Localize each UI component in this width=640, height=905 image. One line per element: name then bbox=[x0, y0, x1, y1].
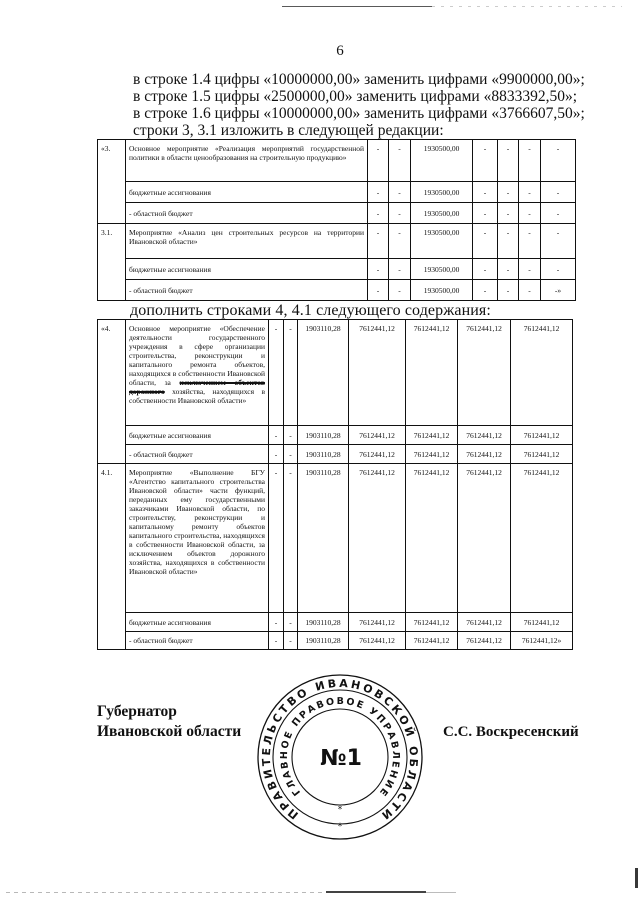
signatory-title: Губернатор Ивановской области bbox=[97, 702, 241, 742]
value-cell: - bbox=[473, 224, 498, 259]
description-cell: - областной бюджет bbox=[126, 280, 368, 301]
value-cell: - bbox=[519, 259, 541, 280]
scan-artifact-mark bbox=[635, 868, 638, 888]
value-cell: - bbox=[368, 140, 389, 182]
value-cell: - bbox=[389, 140, 411, 182]
table-row: «3.Основное мероприятие «Реализация меро… bbox=[98, 140, 576, 182]
row-number-cell: 4.1. bbox=[98, 464, 126, 650]
value-cell: 1930500,00 bbox=[411, 203, 473, 224]
value-cell: 7612441,12 bbox=[511, 445, 573, 464]
value-cell: 7612441,12 bbox=[458, 426, 511, 445]
description-cell: Мероприятие «Выполнение БГУ «Агентство к… bbox=[126, 464, 269, 613]
value-cell: - bbox=[368, 280, 389, 301]
value-cell: - bbox=[269, 320, 284, 426]
stamp-center-number: №1 bbox=[320, 746, 362, 771]
amendment-instructions: в строке 1.4 цифры «10000000,00» заменит… bbox=[133, 71, 585, 139]
value-cell: - bbox=[473, 203, 498, 224]
value-cell: - bbox=[519, 140, 541, 182]
value-cell: 1930500,00 bbox=[411, 280, 473, 301]
value-cell: 7612441,12 bbox=[511, 464, 573, 613]
value-cell: 7612441,12 bbox=[458, 632, 511, 650]
value-cell: - bbox=[473, 280, 498, 301]
value-cell: - bbox=[498, 140, 519, 182]
value-cell: 7612441,12 bbox=[406, 426, 458, 445]
table-row: бюджетные ассигнования--1930500,00---- bbox=[98, 182, 576, 203]
table-row: «4.Основное мероприятие «Обеспечение дея… bbox=[98, 320, 573, 426]
table-row: 4.1.Мероприятие «Выполнение БГУ «Агентст… bbox=[98, 464, 573, 613]
budget-table-rows-4: «4.Основное мероприятие «Обеспечение дея… bbox=[97, 319, 573, 650]
value-cell: 7612441,12 bbox=[511, 613, 573, 632]
value-cell: - bbox=[284, 320, 298, 426]
value-cell: 7612441,12 bbox=[349, 613, 406, 632]
value-cell: - bbox=[541, 203, 576, 224]
value-cell: 7612441,12 bbox=[349, 445, 406, 464]
value-cell: 7612441,12 bbox=[458, 320, 511, 426]
scan-artifact-line bbox=[6, 892, 326, 893]
value-cell: 1903110,28 bbox=[298, 632, 349, 650]
official-stamp: ПРАВИТЕЛЬСТВО ИВАНОВСКОЙ ОБЛАСТИ ГЛАВНОЕ… bbox=[255, 672, 425, 842]
addition-instruction: дополнить строками 4, 4.1 следующего сод… bbox=[130, 302, 491, 320]
description-cell: Мероприятие «Анализ цен строительных рес… bbox=[126, 224, 368, 259]
scan-artifact-line bbox=[326, 891, 426, 893]
scan-artifact-line bbox=[426, 892, 456, 893]
signatory-title-line1: Губернатор bbox=[97, 702, 241, 722]
value-cell: 7612441,12 bbox=[511, 426, 573, 445]
value-cell: 1903110,28 bbox=[298, 445, 349, 464]
value-cell: 7612441,12 bbox=[406, 320, 458, 426]
value-cell: - bbox=[519, 182, 541, 203]
table-row: - областной бюджет--1903110,287612441,12… bbox=[98, 445, 573, 464]
budget-table-rows-3: «3.Основное мероприятие «Реализация меро… bbox=[97, 139, 576, 301]
table-row: бюджетные ассигнования--1903110,28761244… bbox=[98, 613, 573, 632]
value-cell: 7612441,12 bbox=[349, 464, 406, 613]
value-cell: - bbox=[269, 613, 284, 632]
table-row: бюджетные ассигнования--1903110,28761244… bbox=[98, 426, 573, 445]
value-cell: - bbox=[389, 203, 411, 224]
value-cell: - bbox=[389, 259, 411, 280]
description-cell: бюджетные ассигнования bbox=[126, 182, 368, 203]
value-cell: - bbox=[541, 182, 576, 203]
value-cell: - bbox=[519, 280, 541, 301]
description-cell: бюджетные ассигнования bbox=[126, 613, 269, 632]
value-cell: -» bbox=[541, 280, 576, 301]
value-cell: - bbox=[519, 224, 541, 259]
description-cell: бюджетные ассигнования bbox=[126, 426, 269, 445]
row-number-cell: «3. bbox=[98, 140, 126, 224]
value-cell: 7612441,12 bbox=[349, 426, 406, 445]
value-cell: - bbox=[269, 632, 284, 650]
scan-artifact-line bbox=[432, 6, 622, 7]
value-cell: 7612441,12» bbox=[511, 632, 573, 650]
value-cell: - bbox=[389, 182, 411, 203]
value-cell: - bbox=[368, 182, 389, 203]
value-cell: 1903110,28 bbox=[298, 320, 349, 426]
value-cell: - bbox=[368, 224, 389, 259]
value-cell: 7612441,12 bbox=[349, 632, 406, 650]
value-cell: - bbox=[498, 259, 519, 280]
value-cell: - bbox=[498, 203, 519, 224]
value-cell: 7612441,12 bbox=[511, 320, 573, 426]
value-cell: - bbox=[389, 280, 411, 301]
value-cell: - bbox=[284, 632, 298, 650]
value-cell: 1930500,00 bbox=[411, 140, 473, 182]
value-cell: - bbox=[284, 464, 298, 613]
value-cell: - bbox=[473, 259, 498, 280]
value-cell: 7612441,12 bbox=[458, 445, 511, 464]
table-row: - областной бюджет--1903110,287612441,12… bbox=[98, 632, 573, 650]
value-cell: 7612441,12 bbox=[406, 464, 458, 613]
value-cell: - bbox=[284, 613, 298, 632]
instruction-line: в строке 1.6 цифры «10000000,00» заменит… bbox=[133, 105, 585, 122]
row-number-cell: «4. bbox=[98, 320, 126, 464]
value-cell: 7612441,12 bbox=[458, 613, 511, 632]
value-cell: 1903110,28 bbox=[298, 613, 349, 632]
value-cell: 1930500,00 bbox=[411, 259, 473, 280]
value-cell: 1903110,28 bbox=[298, 464, 349, 613]
value-cell: - bbox=[368, 259, 389, 280]
value-cell: - bbox=[269, 445, 284, 464]
description-cell: - областной бюджет bbox=[126, 632, 269, 650]
table-row: - областной бюджет--1930500,00---- bbox=[98, 203, 576, 224]
scan-artifact-line bbox=[282, 6, 432, 7]
value-cell: - bbox=[368, 203, 389, 224]
instruction-line: в строке 1.5 цифры «2500000,00» заменить… bbox=[133, 88, 585, 105]
instruction-line: строки 3, 3.1 изложить в следующей редак… bbox=[133, 122, 585, 139]
value-cell: 7612441,12 bbox=[406, 445, 458, 464]
value-cell: - bbox=[498, 224, 519, 259]
signatory-title-line2: Ивановской области bbox=[97, 722, 241, 742]
value-cell: - bbox=[498, 280, 519, 301]
description-cell: - областной бюджет bbox=[126, 445, 269, 464]
signatory-name: С.С. Воскресенский bbox=[443, 722, 579, 742]
description-cell: Основное мероприятие «Обеспечение деятел… bbox=[126, 320, 269, 426]
value-cell: - bbox=[284, 426, 298, 445]
value-cell: - bbox=[541, 140, 576, 182]
value-cell: 1903110,28 bbox=[298, 426, 349, 445]
value-cell: - bbox=[473, 140, 498, 182]
table-row: 3.1.Мероприятие «Анализ цен строительных… bbox=[98, 224, 576, 259]
value-cell: 7612441,12 bbox=[406, 613, 458, 632]
value-cell: 7612441,12 bbox=[458, 464, 511, 613]
value-cell: 7612441,12 bbox=[349, 320, 406, 426]
page-number: 6 bbox=[300, 43, 380, 60]
table-row: - областной бюджет--1930500,00----» bbox=[98, 280, 576, 301]
row-number-cell: 3.1. bbox=[98, 224, 126, 301]
instruction-line: в строке 1.4 цифры «10000000,00» заменит… bbox=[133, 71, 585, 88]
value-cell: - bbox=[269, 426, 284, 445]
description-cell: Основное мероприятие «Реализация меропри… bbox=[126, 140, 368, 182]
value-cell: - bbox=[269, 464, 284, 613]
value-cell: - bbox=[541, 224, 576, 259]
value-cell: 1930500,00 bbox=[411, 182, 473, 203]
description-cell: бюджетные ассигнования bbox=[126, 259, 368, 280]
value-cell: - bbox=[284, 445, 298, 464]
star-icon: * bbox=[338, 822, 343, 832]
value-cell: - bbox=[519, 203, 541, 224]
value-cell: - bbox=[498, 182, 519, 203]
table-row: бюджетные ассигнования--1930500,00---- bbox=[98, 259, 576, 280]
value-cell: - bbox=[473, 182, 498, 203]
value-cell: - bbox=[541, 259, 576, 280]
description-cell: - областной бюджет bbox=[126, 203, 368, 224]
value-cell: 1930500,00 bbox=[411, 224, 473, 259]
star-icon: * bbox=[338, 805, 343, 815]
value-cell: 7612441,12 bbox=[406, 632, 458, 650]
value-cell: - bbox=[389, 224, 411, 259]
